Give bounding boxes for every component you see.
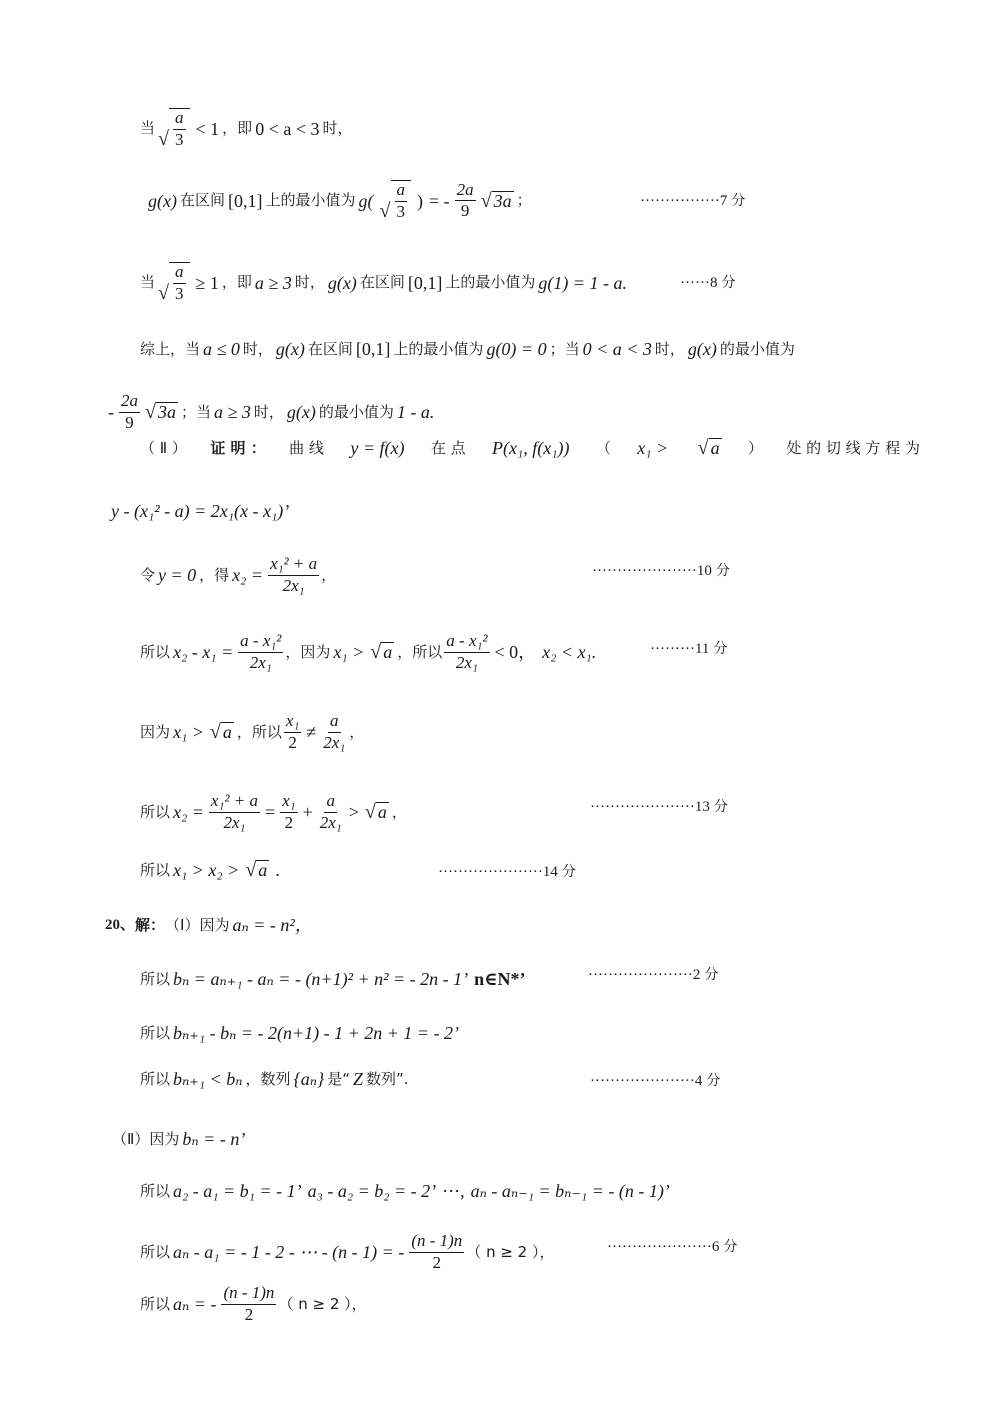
sqrt-3a: √3a	[145, 402, 178, 422]
fraction: 2a9	[455, 181, 476, 221]
math: x₁ > x₂ >	[173, 861, 239, 879]
score-marker-2: ·····················2分	[588, 964, 718, 984]
case-line-2: 当 √a3 ≥ 1 ， 即 a ≥ 3 时， g(x) 在区间 [0,1] 上的…	[140, 262, 630, 303]
text: ）	[748, 441, 763, 456]
sqrt-a: √a	[370, 642, 394, 662]
text: ，	[222, 275, 237, 290]
math: =	[265, 803, 275, 821]
score-marker-14: ·····················14分	[438, 861, 576, 881]
case-line-1: 当 √a3 < 1 ， 即 0 < a < 3 时，	[140, 108, 353, 149]
fraction: (n - 1)n2	[221, 1284, 276, 1324]
fraction: a2x₁	[318, 792, 344, 832]
math: g(0) = 0	[486, 340, 546, 358]
math: n∈N*’	[474, 970, 525, 988]
math: aₙ = - n²，	[232, 916, 312, 934]
text: （Ⅰ）因为	[165, 918, 229, 933]
text: 令	[140, 568, 155, 583]
score-marker-4: ·····················4分	[590, 1070, 720, 1090]
sum-line: 所以 aₙ - a₁ = - 1 - 2 - ⋯ - (n - 1) = - (…	[140, 1232, 555, 1272]
math: 0 < a < 3	[583, 340, 652, 358]
sqrt-a: √a	[698, 438, 722, 458]
math: < 1	[196, 120, 220, 138]
text: ，	[321, 568, 336, 583]
fraction: (n - 1)n2	[409, 1232, 464, 1272]
tangent-equation: y - (x₁² - a) = 2x₁(x - x₁)’	[108, 502, 292, 520]
text: 所以	[140, 972, 170, 987]
telescoping-terms: 所以 a₂ - a₁ = b₁ = - 1’ a₃ - a₂ = b₂ = - …	[140, 1182, 673, 1200]
text: ；	[517, 193, 532, 208]
math: bₙ = aₙ₊₁ - aₙ = - (n+1)² + n² = - 2n - …	[173, 970, 468, 988]
math: g(x)	[688, 340, 717, 358]
text: ，所以	[237, 725, 282, 740]
text: 所以	[140, 805, 170, 820]
text: 曲 线	[289, 441, 324, 456]
math: x₁ >	[173, 723, 204, 741]
math: [0,1]	[408, 274, 443, 292]
text: 时，	[254, 405, 284, 420]
text: 所以	[140, 1245, 170, 1260]
score-marker-13: ·····················13分	[590, 796, 728, 816]
text: 是“	[327, 1072, 350, 1087]
sqrt-a-over-3: √a3	[158, 108, 189, 149]
text: 上的最小值为	[266, 193, 356, 208]
math: .	[275, 861, 280, 879]
fraction: 2a9	[119, 392, 140, 432]
solution-label: 解：	[135, 918, 165, 933]
text: 即	[237, 121, 252, 136]
text: 时，	[322, 121, 352, 136]
score-marker-7: ················7分	[640, 190, 745, 210]
math: g(x)	[328, 274, 357, 292]
math: )	[417, 192, 423, 210]
math: +	[303, 803, 313, 821]
fraction: x₁2	[284, 712, 301, 752]
math: a ≥ 3	[214, 403, 251, 421]
math: x₂ < x₁.	[542, 643, 596, 661]
math: a ≥ 3	[255, 274, 292, 292]
math: = -	[429, 192, 450, 210]
math: a ≤ 0	[203, 340, 240, 358]
text: 的最小值为	[319, 405, 394, 420]
fraction-inequality: 因为 x₁ > √a ，所以 x₁2 ≠ a2x₁ ，	[140, 712, 364, 752]
score-marker-6: ·····················6分	[607, 1236, 737, 1256]
text: ；当	[181, 405, 211, 420]
fraction: a2x₁	[321, 712, 347, 752]
math: y = 0	[158, 566, 196, 584]
x2-minus-x1: 所以 x₂ - x₁ = a - x₁²2x₁ ，因为 x₁ > √a ，所以 …	[140, 632, 599, 672]
text: ，数列	[246, 1072, 291, 1087]
math: ⋯,	[442, 1182, 465, 1200]
q20-heading: 20、 解： （Ⅰ）因为 aₙ = - n²，	[105, 916, 316, 934]
math: P(x₁, f(x₁))	[492, 439, 569, 457]
fraction: x₁² + a2x₁	[268, 555, 319, 595]
math: y - (x₁² - a) = 2x₁(x - x₁)’	[111, 502, 289, 520]
math: Z	[353, 1070, 363, 1088]
math: 0 < a < 3	[255, 120, 319, 138]
part2-heading: （Ⅱ）因为 bₙ = - n’	[112, 1130, 248, 1148]
text: 即	[237, 275, 252, 290]
text: 时，	[295, 275, 325, 290]
text: （	[596, 441, 611, 456]
question-number: 20、	[105, 918, 135, 933]
text: 数列”.	[366, 1072, 409, 1087]
math: aₙ = -	[173, 1295, 216, 1313]
math: bₙ₊₁ < bₙ	[173, 1070, 243, 1088]
sqrt-a-over-3: √a3	[158, 262, 189, 303]
text: 处 的 切 线 方 程 为	[786, 441, 920, 456]
summary-line: 综上，当 a ≤ 0 时， g(x) 在区间 [0,1] 上的最小值为 g(0)…	[140, 340, 795, 358]
part-label: （ Ⅱ ）	[140, 441, 187, 456]
math: < 0，	[495, 643, 537, 661]
math: {aₙ}	[294, 1070, 325, 1088]
text: ，所以	[397, 645, 442, 660]
score-marker-10: ·····················10分	[592, 560, 730, 580]
text: 上的最小值为	[393, 342, 483, 357]
text: 时，	[243, 342, 273, 357]
text: ，	[349, 725, 364, 740]
sqrt-a: √a	[210, 722, 234, 742]
math: ≥ 1	[196, 274, 219, 292]
text: ，得	[199, 568, 229, 583]
text: 所以	[140, 1072, 170, 1087]
x2-definition: 令 y = 0 ，得 x₂ = x₁² + a2x₁ ，	[140, 555, 336, 595]
math: bₙ = - n’	[182, 1130, 245, 1148]
text: 在 点	[431, 441, 466, 456]
sqrt-a-over-3: √a3	[380, 180, 411, 221]
text: 综上，当	[140, 342, 200, 357]
math: x₂ =	[232, 566, 263, 584]
math: g(x)	[276, 340, 305, 358]
text: 上的最小值为	[445, 275, 535, 290]
text: 所以	[140, 1297, 170, 1312]
math: g(x)	[287, 403, 316, 421]
proof-heading: （ Ⅱ ） 证 明 ： 曲 线 y = f(x) 在 点 P(x₁, f(x₁)…	[140, 438, 920, 458]
text: （ n ≥ 2 ），	[278, 1297, 366, 1312]
text: 的最小值为	[720, 342, 795, 357]
text: 所以	[140, 645, 170, 660]
sqrt-a: √a	[245, 860, 269, 880]
math: y = f(x)	[350, 439, 404, 457]
math: [0,1]	[228, 192, 263, 210]
fraction: x₁2	[280, 792, 297, 832]
math: x₁ >	[637, 439, 668, 457]
fraction: a - x₁²2x₁	[238, 632, 283, 672]
text: （ n ≥ 2 ），	[466, 1245, 554, 1260]
text: 在区间	[360, 275, 405, 290]
sqrt-3a: √3a	[481, 191, 514, 211]
text: 因为	[140, 725, 170, 740]
text: 当	[140, 275, 155, 290]
math: >	[349, 803, 359, 821]
math: bₙ₊₁ - bₙ = - 2(n+1) - 1 + 2n + 1 = - 2’	[173, 1024, 459, 1042]
math: g(x)	[148, 192, 177, 210]
text: ；当	[550, 342, 580, 357]
summary-line-cont: - 2a9 √3a ；当 a ≥ 3 时， g(x) 的最小值为 1 - a.	[105, 392, 437, 432]
text: ，	[222, 121, 237, 136]
text: 时，	[655, 342, 685, 357]
sqrt-a: √a	[365, 802, 389, 822]
math: 1 - a.	[397, 403, 435, 421]
score-marker-8: ······8分	[680, 272, 735, 292]
text: 在区间	[308, 342, 353, 357]
text: 所以	[140, 1026, 170, 1041]
bn-difference: 所以 bₙ₊₁ - bₙ = - 2(n+1) - 1 + 2n + 1 = -…	[140, 1024, 462, 1042]
text: ，因为	[285, 645, 330, 660]
math: [0,1]	[356, 340, 391, 358]
math: a₂ - a₁ = b₁ = - 1’	[173, 1182, 302, 1200]
fraction: x₁² + a2x₁	[209, 792, 260, 832]
math: g(	[359, 192, 374, 210]
math: -	[108, 403, 114, 421]
score-marker-11: ·········11分	[650, 638, 727, 658]
math: ≠	[306, 723, 316, 741]
math: x₂ - x₁ =	[173, 643, 233, 661]
math: aₙ - aₙ₋₁ = bₙ₋₁ = - (n - 1)’	[471, 1182, 670, 1200]
text: 当	[140, 121, 155, 136]
math: x₁ >	[333, 643, 364, 661]
document-page: 当 √a3 < 1 ， 即 0 < a < 3 时， g(x) 在区间 [0,1…	[0, 0, 1000, 1415]
text: 在区间	[180, 193, 225, 208]
x2-bound: 所以 x₂ = x₁² + a2x₁ = x₁2 + a2x₁ > √a ，	[140, 792, 407, 832]
bn-definition: 所以 bₙ = aₙ₊₁ - aₙ = - (n+1)² + n² = - 2n…	[140, 970, 528, 988]
text: 所以	[140, 1184, 170, 1199]
proof-label: 证 明 ：	[210, 441, 265, 456]
fraction: a - x₁²2x₁	[444, 632, 489, 672]
math: aₙ - a₁ = - 1 - 2 - ⋯ - (n - 1) = -	[173, 1243, 404, 1261]
min-value-line: g(x) 在区间 [0,1] 上的最小值为 g( √a3 ) = - 2a9 √…	[145, 180, 532, 221]
math: x₂ =	[173, 803, 204, 821]
conclusion: 所以 x₁ > x₂ > √a .	[140, 860, 283, 880]
text: ，	[392, 805, 407, 820]
text: （Ⅱ）因为	[112, 1132, 179, 1147]
math: g(1) = 1 - a.	[538, 274, 627, 292]
math: a₃ - a₂ = b₂ = - 2’	[308, 1182, 437, 1200]
an-formula: 所以 aₙ = - (n - 1)n2 （ n ≥ 2 ），	[140, 1284, 367, 1324]
text: 所以	[140, 863, 170, 878]
z-sequence-line: 所以 bₙ₊₁ < bₙ ，数列 {aₙ} 是“ Z 数列”.	[140, 1070, 409, 1088]
